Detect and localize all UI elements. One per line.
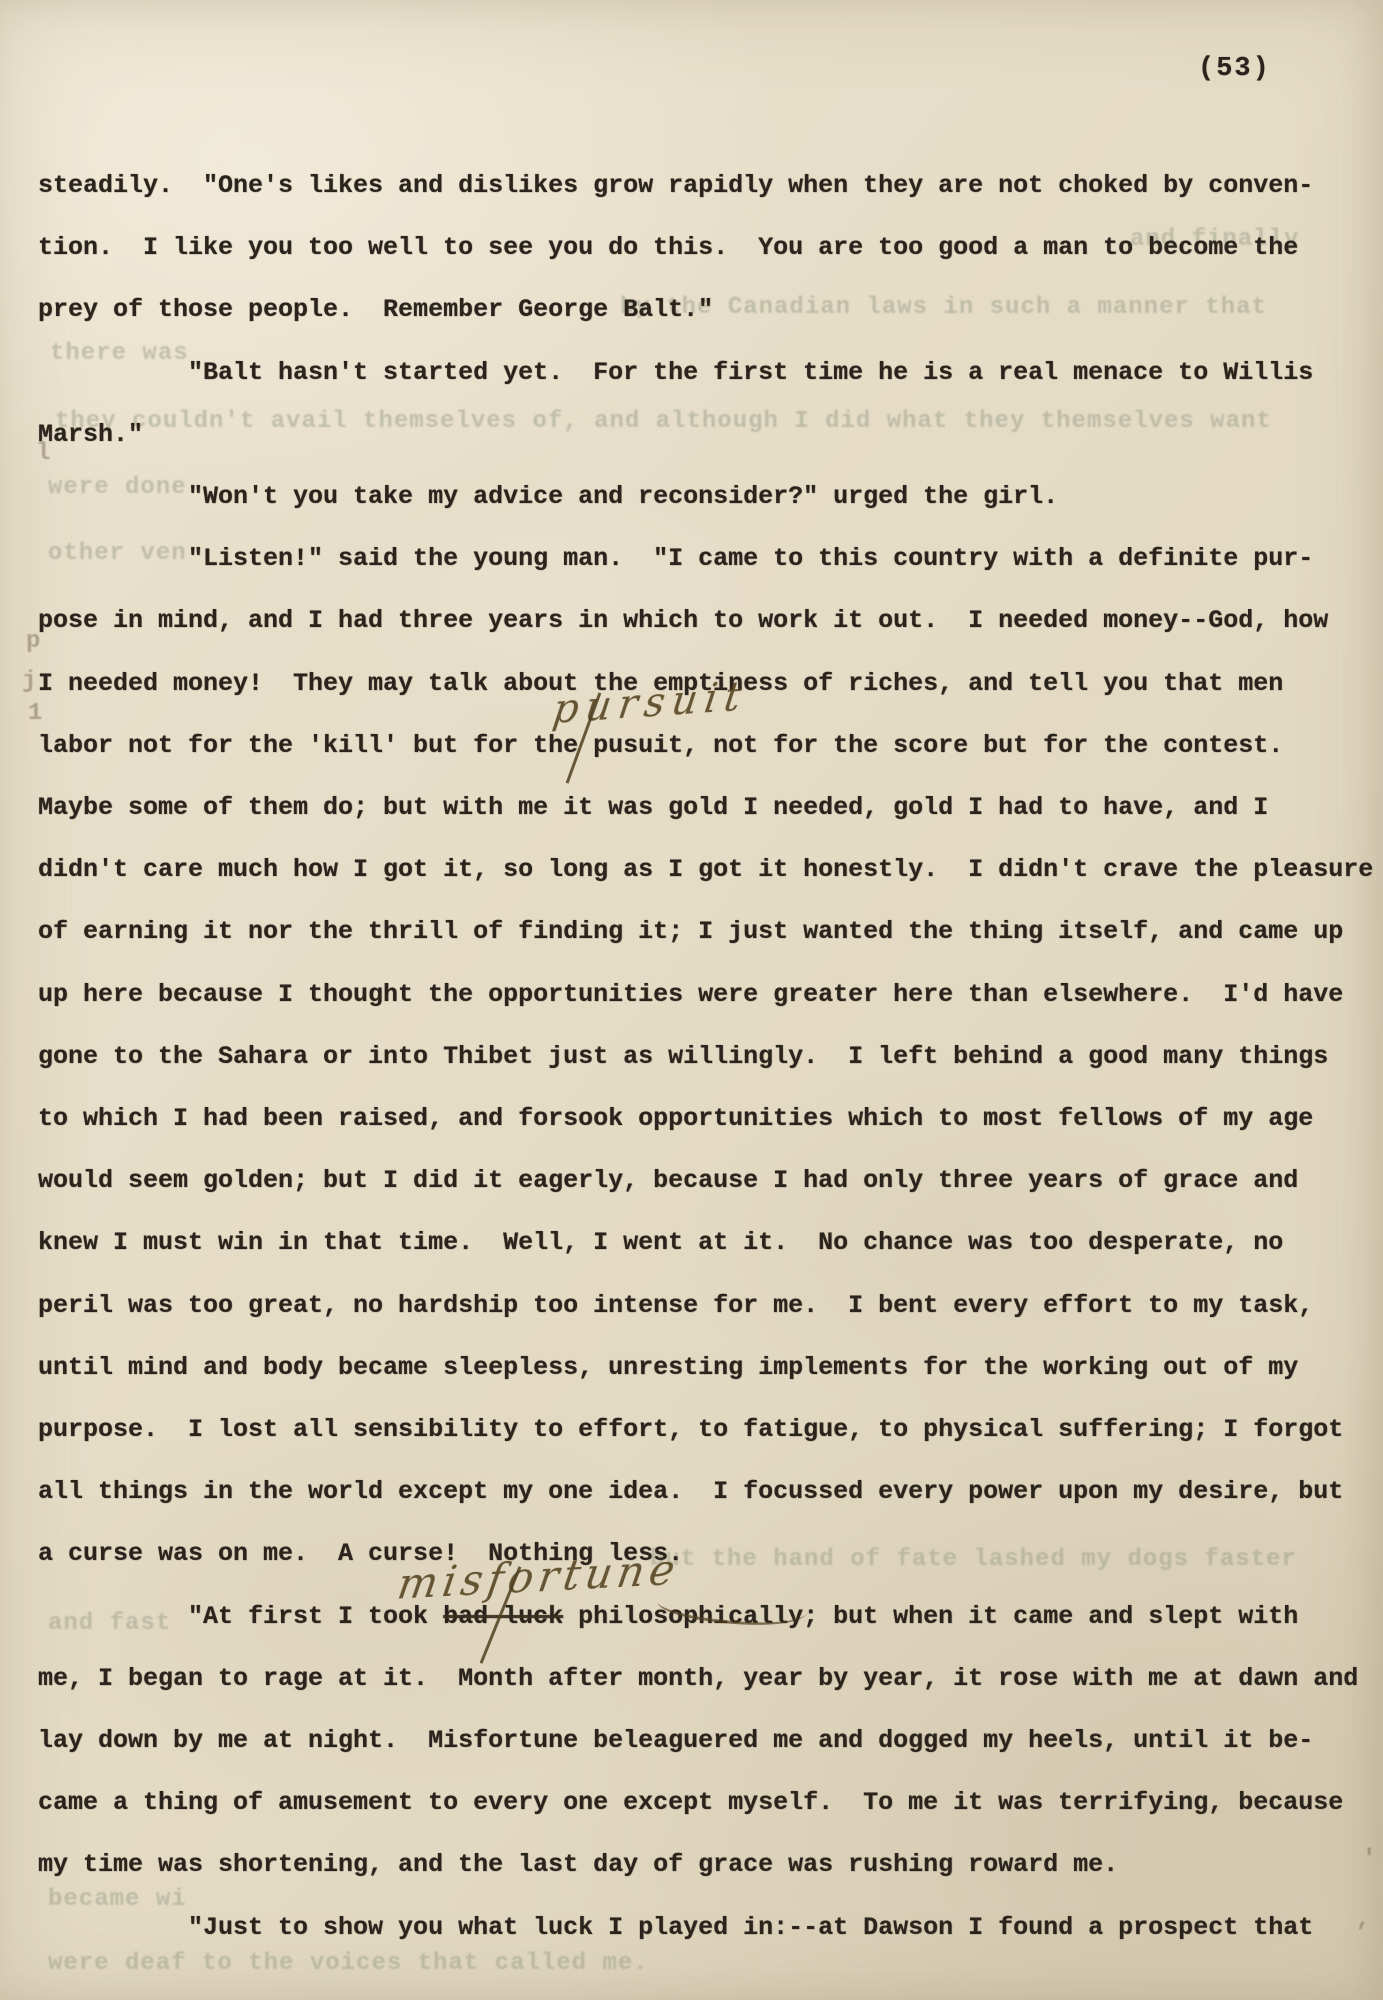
typed-line: prey of those people. Remember George Ba…: [38, 279, 1368, 341]
typed-line: until mind and body became sleepless, un…: [38, 1337, 1368, 1399]
page-number: (53): [1198, 54, 1271, 84]
typed-line: gone to the Sahara or into Thibet just a…: [38, 1026, 1368, 1088]
typed-line: tion. I like you too well to see you do …: [38, 217, 1368, 279]
margin-ink-mark: ,: [1356, 1906, 1370, 1933]
typed-line: "Listen!" said the young man. "I came to…: [38, 528, 1368, 590]
typed-line: Marsh.": [38, 404, 1368, 466]
typed-line: Maybe some of them do; but with me it wa…: [38, 777, 1368, 839]
typed-line: to which I had been raised, and forsook …: [38, 1088, 1368, 1150]
typed-line: would seem golden; but I did it eagerly,…: [38, 1150, 1368, 1212]
typed-line: me, I began to rage at it. Month after m…: [38, 1648, 1368, 1710]
typed-line: didn't care much how I got it, so long a…: [38, 839, 1368, 901]
typed-line: "Just to show you what luck I played in:…: [38, 1897, 1368, 1959]
typed-line: pose in mind, and I had three years in w…: [38, 590, 1368, 652]
typed-line: "Won't you take my advice and reconsider…: [38, 466, 1368, 528]
typed-line: purpose. I lost all sensibility to effor…: [38, 1399, 1368, 1461]
typed-line: lay down by me at night. Misfortune bele…: [38, 1710, 1368, 1772]
margin-ink-mark: p: [26, 628, 40, 655]
typed-line: up here because I thought the opportunit…: [38, 964, 1368, 1026]
typed-line: my time was shortening, and the last day…: [38, 1834, 1368, 1896]
typed-text-block: steadily. "One's likes and dislikes grow…: [38, 155, 1368, 1959]
typed-line: all things in the world except my one id…: [38, 1461, 1368, 1523]
manuscript-page: and finallyby the Canadian laws in such …: [0, 0, 1383, 2000]
margin-ink-mark: j: [22, 668, 36, 695]
margin-ink-mark: l: [36, 440, 50, 467]
typed-line: steadily. "One's likes and dislikes grow…: [38, 155, 1368, 217]
typed-line: came a thing of amusement to every one e…: [38, 1772, 1368, 1834]
typed-line: a curse was on me. A curse! Nothing less…: [38, 1523, 1368, 1585]
typed-line: labor not for the 'kill' but for the pus…: [38, 715, 1368, 777]
typed-line: "Balt hasn't started yet. For the first …: [38, 342, 1368, 404]
typed-line: peril was too great, no hardship too int…: [38, 1275, 1368, 1337]
typed-segment: "At first I took: [38, 1602, 443, 1631]
typed-line: knew I must win in that time. Well, I we…: [38, 1212, 1368, 1274]
margin-ink-mark: ': [1362, 1846, 1376, 1873]
typed-line: of earning it nor the thrill of finding …: [38, 901, 1368, 963]
margin-ink-mark: 1: [28, 700, 42, 727]
